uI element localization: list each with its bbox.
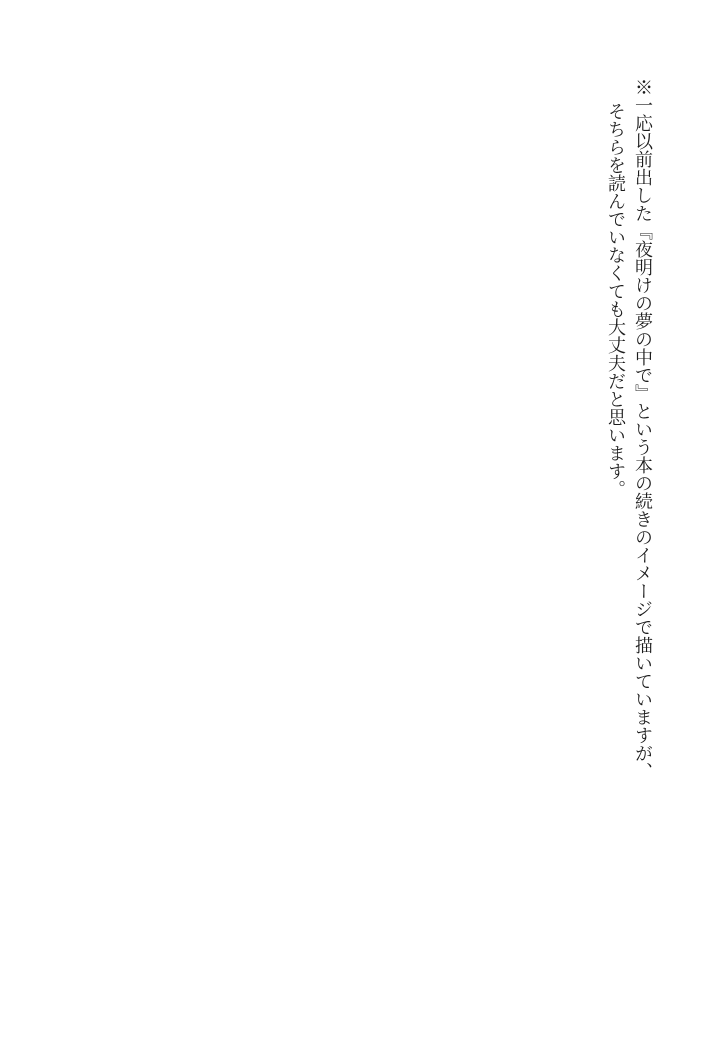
note-line-2: そちらを読んでいなくても大丈夫だと思います。: [602, 78, 629, 798]
note-line-1: ※一応以前出した『夜明けの夢の中で』という本の続きのイメージで描いていますが、: [629, 78, 656, 798]
author-note-vertical-text: ※一応以前出した『夜明けの夢の中で』という本の続きのイメージで描いていますが、 …: [602, 78, 656, 798]
scanned-book-page: ※一応以前出した『夜明けの夢の中で』という本の続きのイメージで描いていますが、 …: [0, 0, 719, 1050]
